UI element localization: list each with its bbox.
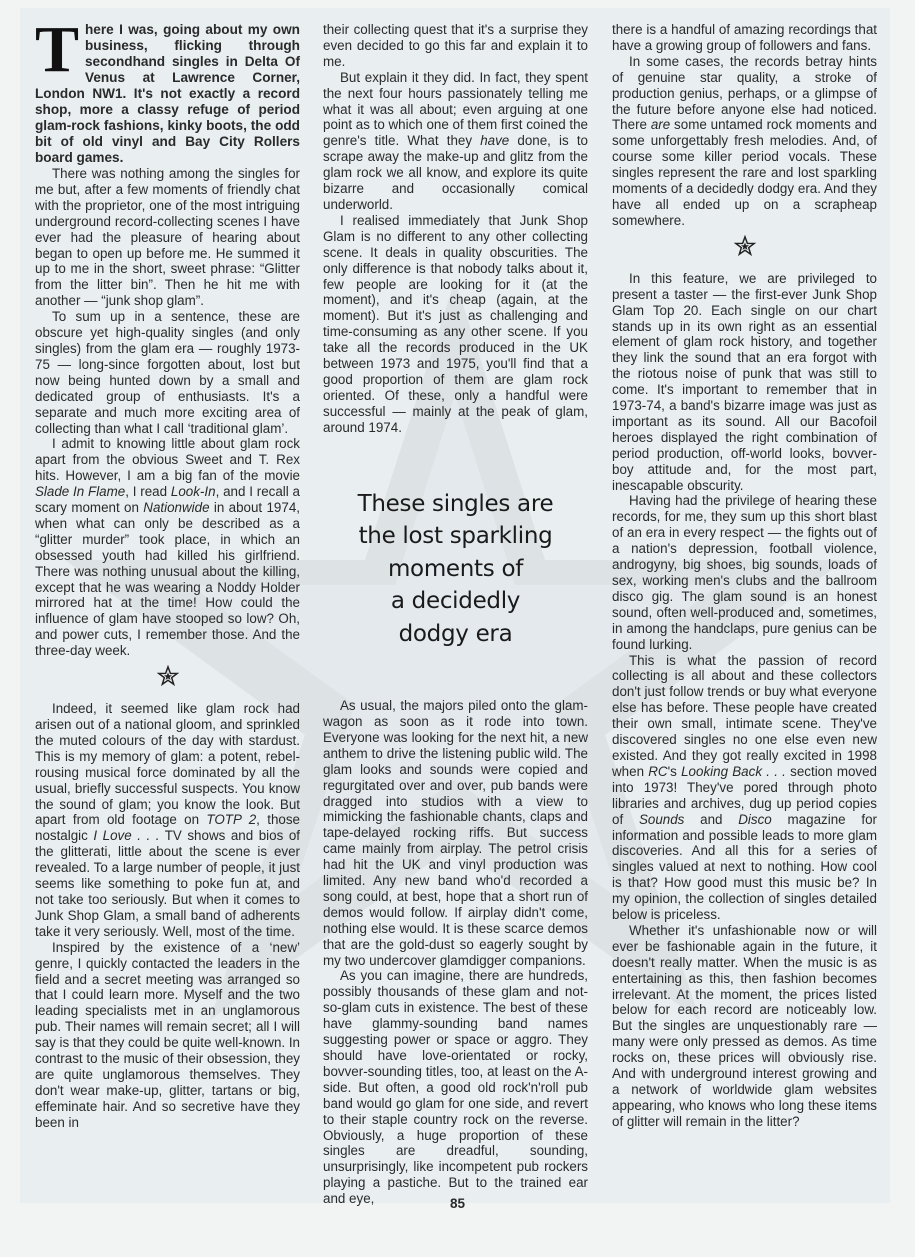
paragraph: In some cases, the records betray hints … — [612, 54, 877, 229]
pull-quote: These singles are the lost sparkling mom… — [323, 488, 588, 651]
paragraph: As you can imagine, there are hundreds, … — [323, 968, 588, 1207]
lead-paragraph: There I was, going about my own business… — [35, 22, 300, 166]
column-3: there is a handful of amazing recordings… — [612, 22, 877, 1130]
paragraph: In this feature, we are privileged to pr… — [612, 271, 877, 494]
column-1: There I was, going about my own business… — [35, 22, 300, 1131]
paragraph: As usual, the majors piled onto the glam… — [323, 698, 588, 968]
paragraph: there is a handful of amazing recordings… — [612, 22, 877, 54]
star-icon — [157, 665, 179, 687]
column-2: their collecting quest that it's a surpr… — [323, 22, 588, 1207]
paragraph: But explain it they did. In fact, they s… — [323, 70, 588, 213]
paragraph: Whether it's unfashionable now or will e… — [612, 923, 877, 1130]
paragraph: Inspired by the existence of a ‘new’ gen… — [35, 940, 300, 1131]
paragraph: I realised immediately that Junk Shop Gl… — [323, 213, 588, 436]
paragraph: To sum up in a sentence, these are obscu… — [35, 309, 300, 436]
drop-cap: T — [35, 23, 81, 81]
paragraph: Indeed, it seemed like glam rock had ari… — [35, 701, 300, 940]
paragraph: I admit to knowing little about glam roc… — [35, 436, 300, 659]
paragraph: There was nothing among the singles for … — [35, 166, 300, 309]
page-number: 85 — [0, 1196, 915, 1211]
section-divider — [35, 659, 300, 701]
paragraph: their collecting quest that it's a surpr… — [323, 22, 588, 70]
star-icon — [734, 235, 756, 257]
paragraph: Having had the privilege of hearing thes… — [612, 493, 877, 652]
paragraph: This is what the passion of record colle… — [612, 653, 877, 923]
section-divider — [612, 229, 877, 271]
